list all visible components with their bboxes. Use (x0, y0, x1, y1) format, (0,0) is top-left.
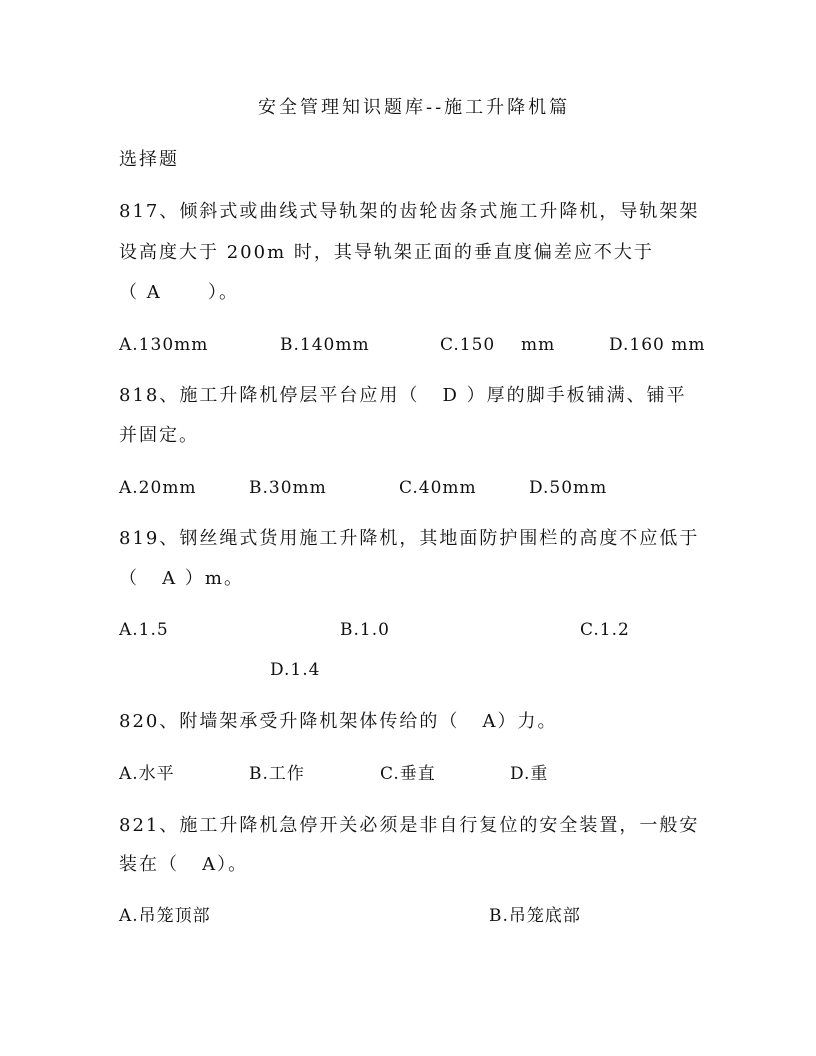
question-text-line: 819、钢丝绳式货用施工升降机，其地面防护围栏的高度不应低于 (119, 527, 699, 551)
option-d: D.50mm (529, 476, 607, 500)
option-a: A.水平 (119, 762, 175, 786)
option-c: C.1.2 (580, 618, 630, 642)
question-text-line: 设高度大于 200m 时，其导轨架正面的垂直度偏差应不大于 (119, 241, 654, 265)
option-b: B.1.0 (340, 618, 390, 642)
option-b: B.30mm (249, 476, 327, 500)
option-d: D.1.4 (270, 658, 320, 682)
question-text-line: 821、施工升降机急停开关必须是非自行复位的安全装置，一般安 (119, 814, 699, 838)
option-a: A.吊笼顶部 (119, 904, 211, 928)
option-a: A.1.5 (119, 618, 169, 642)
option-a: A.20mm (119, 476, 197, 500)
option-a: A.130mm (119, 333, 208, 357)
question-text-line: （ A ）m。 (119, 567, 244, 591)
document-title: 安全管理知识题库--施工升降机篇 (258, 96, 570, 120)
question-text-line: 820、附墙架承受升降机架体传给的（ A）力。 (119, 710, 558, 734)
option-b: B.140mm (280, 333, 370, 357)
section-heading: 选择题 (119, 148, 179, 172)
option-c: C.垂直 (380, 762, 436, 786)
question-text-line: 并固定。 (119, 424, 199, 448)
option-c: C.150 (440, 333, 495, 357)
option-b: B.吊笼底部 (489, 904, 581, 928)
option-b: B.工作 (249, 762, 305, 786)
question-text-line: （ A ）。 (119, 281, 239, 305)
option-d: D.160 mm (609, 333, 706, 357)
option-c: C.40mm (399, 476, 477, 500)
question-text-line: 818、施工升降机停层平台应用（ D ）厚的脚手板铺满、铺平 (119, 384, 687, 408)
question-text-line: 817、倾斜式或曲线式导轨架的齿轮齿条式施工升降机，导轨架架 (119, 200, 699, 224)
question-text-line: 装在（ A）。 (119, 853, 248, 877)
option-c-unit: mm (521, 333, 555, 357)
option-d: D.重 (510, 762, 548, 786)
